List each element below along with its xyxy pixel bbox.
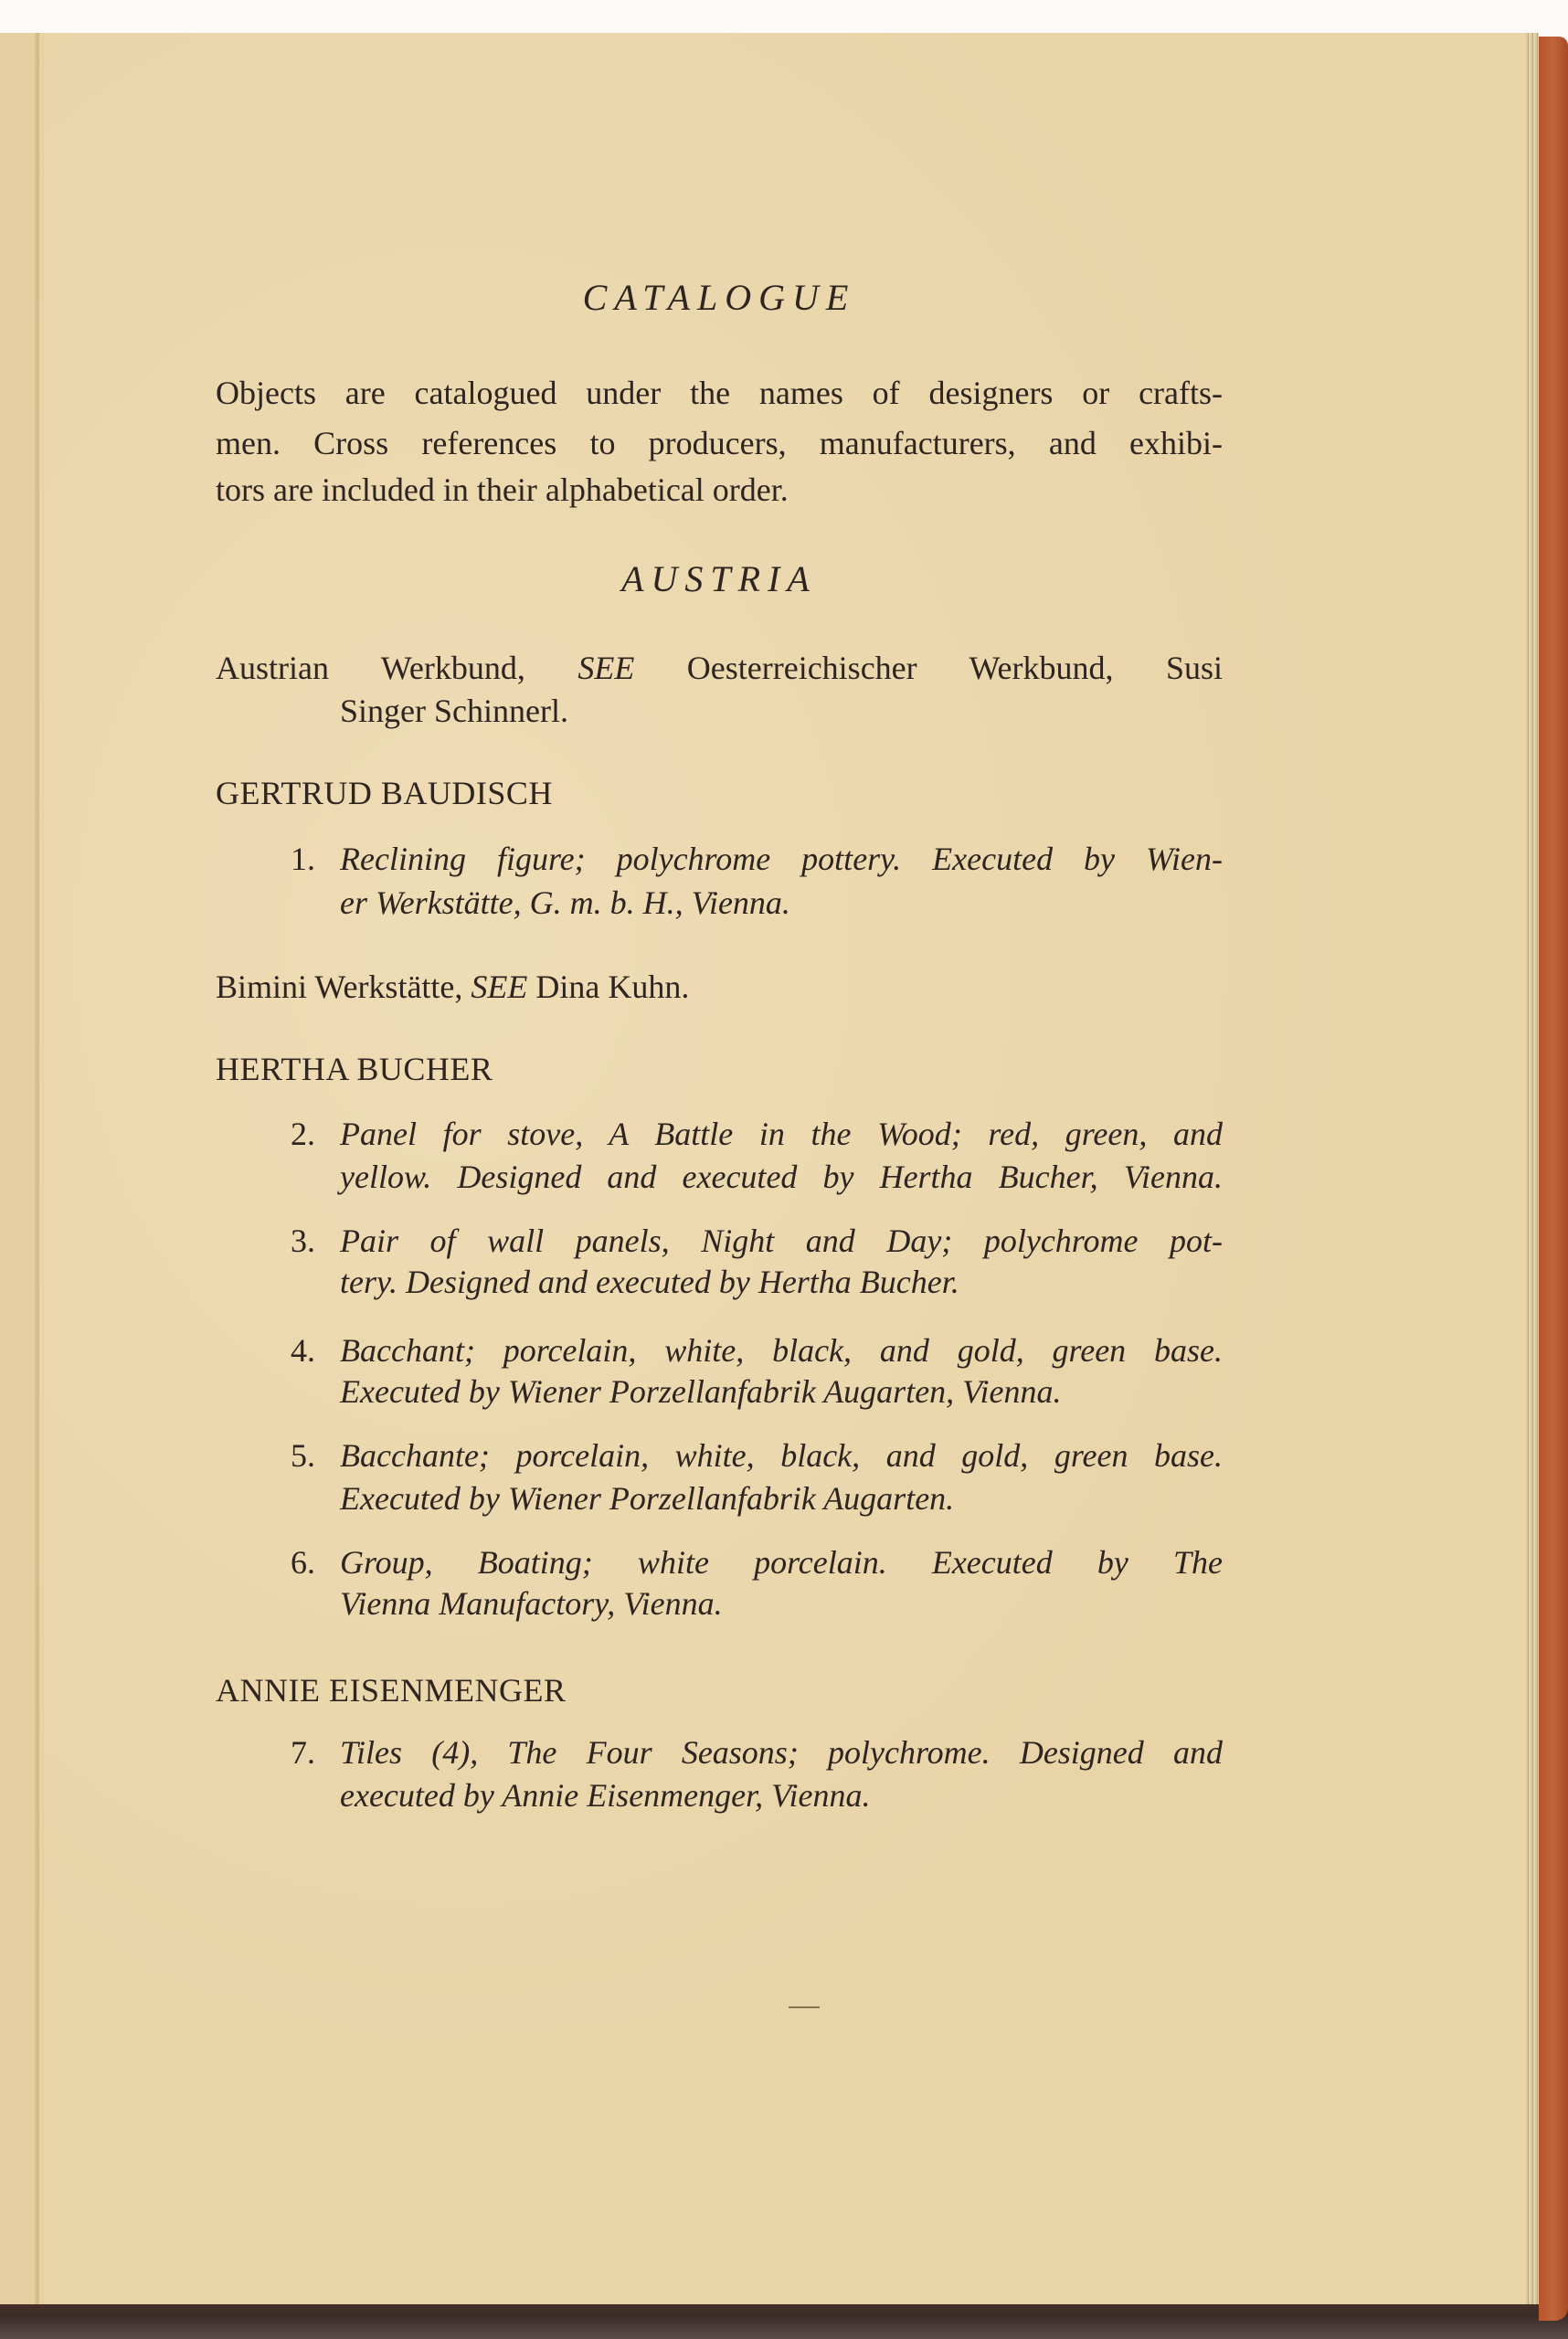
- book-page: CATALOGUE Objects are catalogued under t…: [0, 33, 1539, 2304]
- item-description: tery. Designed and executed by Hertha Bu…: [340, 1260, 1223, 1304]
- page-title: CATALOGUE: [216, 276, 1223, 320]
- intro-line: tors are included in their alphabetical …: [216, 468, 789, 512]
- item-description: Pair of wall panels, Night and Day; poly…: [340, 1219, 1223, 1263]
- item-description: Group, Boating; white porcelain. Execute…: [340, 1540, 1223, 1584]
- table-shadow: [0, 2301, 1568, 2339]
- item-number: 1.: [291, 837, 315, 881]
- item-description: Bacchant; porcelain, white, black, and g…: [340, 1328, 1223, 1372]
- cross-reference: Bimini Werkstätte, SEE Dina Kuhn.: [216, 965, 689, 1009]
- item-description: Panel for stove, A Battle in the Wood; r…: [340, 1112, 1223, 1156]
- page-edges: [1526, 33, 1539, 2304]
- book-cover-edge: [1539, 37, 1568, 2321]
- designer-name: GERTRUD BAUDISCH: [216, 771, 553, 815]
- item-description: Reclining figure; polychrome pottery. Ex…: [340, 837, 1223, 881]
- page-mark: [789, 2006, 820, 2008]
- item-number: 4.: [291, 1328, 315, 1372]
- intro-line: Objects are catalogued under the names o…: [216, 371, 1223, 415]
- item-description: Vienna Manufactory, Vienna.: [340, 1582, 1223, 1625]
- see-label: SEE: [577, 650, 634, 686]
- item-description: Executed by Wiener Porzellanfabrik Augar…: [340, 1476, 1223, 1520]
- see-label: SEE: [471, 968, 527, 1005]
- designer-name: ANNIE EISENMENGER: [216, 1668, 566, 1712]
- binding-crease: [35, 33, 44, 2304]
- item-number: 7.: [291, 1730, 315, 1774]
- item-number: 5.: [291, 1434, 315, 1477]
- item-description: Bacchante; porcelain, white, black, and …: [340, 1434, 1223, 1477]
- item-number: 3.: [291, 1219, 315, 1263]
- item-description: Tiles (4), The Four Seasons; polychrome.…: [340, 1730, 1223, 1774]
- cross-ref-target: Dina Kuhn.: [527, 968, 689, 1005]
- item-number: 6.: [291, 1540, 315, 1584]
- item-description: yellow. Designed and executed by Hertha …: [340, 1155, 1223, 1199]
- cross-reference-continued: Singer Schinnerl.: [340, 689, 568, 733]
- cross-reference: Austrian Werkbund, SEE Oesterreichischer…: [216, 646, 1223, 690]
- cross-ref-text: Bimini Werkstätte,: [216, 968, 471, 1005]
- facing-page-edge: [0, 33, 37, 2304]
- section-title: AUSTRIA: [216, 557, 1223, 601]
- designer-name: HERTHA BUCHER: [216, 1047, 493, 1091]
- item-description: er Werkstätte, G. m. b. H., Vienna.: [340, 881, 1223, 925]
- intro-line: men. Cross references to producers, manu…: [216, 421, 1223, 465]
- item-number: 2.: [291, 1112, 315, 1156]
- cross-ref-target: Oesterreichischer Werkbund, Susi: [634, 650, 1223, 686]
- cross-ref-text: Austrian Werkbund,: [216, 650, 577, 686]
- item-description: Executed by Wiener Porzellanfabrik Augar…: [340, 1370, 1223, 1413]
- item-description: executed by Annie Eisenmenger, Vienna.: [340, 1773, 1223, 1817]
